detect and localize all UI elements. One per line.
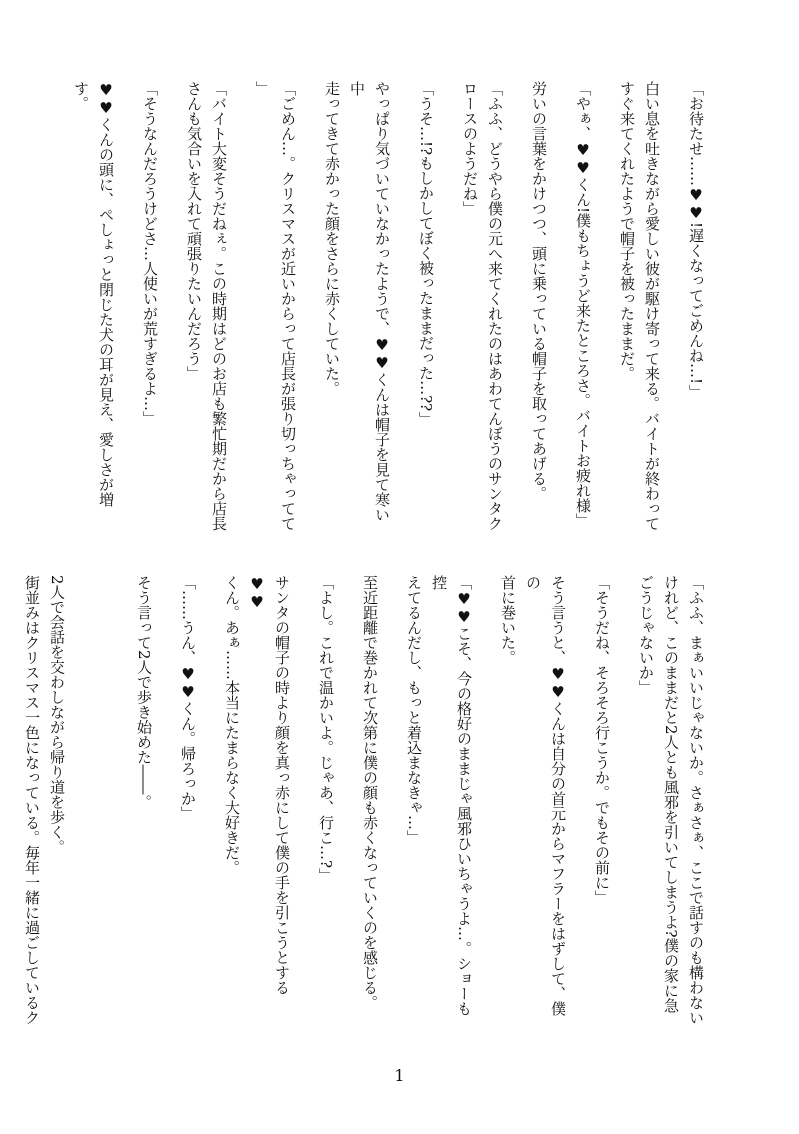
novel-page: 「お待たせ……♥♥!遅くなってごめんね…!」白い息を吐きながら愛しい彼が駆け寄っ… bbox=[0, 0, 799, 1134]
text-block-top: 「お待たせ……♥♥!遅くなってごめんね…!」白い息を吐きながら愛しい彼が駆け寄っ… bbox=[68, 81, 708, 533]
paragraph: そう言うと、♥♥くんは自分の首元からマフラーをはずして、僕の 首に巻いた。 bbox=[495, 575, 570, 1027]
paragraph: 「お待たせ……♥♥!遅くなってごめんね…!」 bbox=[683, 81, 708, 533]
paragraph: 「ふふ、どうやら僕の元へ来てくれたのはあわてんぼうのサンタク ロースのようだね」 bbox=[457, 81, 507, 533]
paragraph: 「バイト大変そうだねぇ。この時期はどのお店も繁忙期だから店長 さんも気合いを入れ… bbox=[181, 81, 231, 533]
paragraph: 「♥♥こそ、今の格好のままじゃ風邪ひいちゃうよ…。ショーも控 えてるんだし、もっ… bbox=[401, 575, 476, 1027]
page-number: 1 bbox=[0, 1066, 799, 1085]
paragraph: 白い息を吐きながら愛しい彼が駆け寄って来る。バイトが終わって すぐ来てくれたよう… bbox=[614, 81, 664, 533]
paragraph: 「……うん、♥♥くん。帰ろっか」 bbox=[175, 575, 200, 1027]
paragraph: やっぱり気づいていなかったようで、♥♥くんは帽子を見て寒い中 走ってきて赤かった… bbox=[319, 81, 394, 533]
paragraph: 「そうなんだろうけどさ…人使いが荒すぎるよ…」 bbox=[137, 81, 162, 533]
text-block-bottom: 「ふふ、まぁいいじゃないか。さぁさぁ、ここで話すのも構わない けれど、このままだ… bbox=[19, 575, 708, 1027]
paragraph: ♥♥くんの頭に、ぺしょっと閉じた犬の耳が見え、愛しさが増す。 bbox=[68, 81, 118, 533]
paragraph: 至近距離で巻かれて次第に僕の顔も赤くなっていくのを感じる。 bbox=[357, 575, 382, 1027]
paragraph: そう言って2人で歩き始めた――。 bbox=[131, 575, 156, 1027]
paragraph: 労いの言葉をかけつつ、頭に乗っている帽子を取ってあげる。 bbox=[526, 81, 551, 533]
paragraph: 「うそ…!?もしかしてぼく被ったままだった…??」 bbox=[413, 81, 438, 533]
paragraph: 「そうだね、そろそろ行こうか。でもその前に」 bbox=[589, 575, 614, 1027]
paragraph: 「よし。これで温かいよ。じゃあ、行こ…?」 bbox=[313, 575, 338, 1027]
paragraph: 「ふふ、まぁいいじゃないか。さぁさぁ、ここで話すのも構わない けれど、このままだ… bbox=[633, 575, 708, 1027]
paragraph: 2人で会話を交わしながら帰り道を歩く。 街並みはクリスマス一色になっている。毎年… bbox=[19, 575, 69, 1027]
paragraph: サンタの帽子の時より顔を真っ赤にして僕の手を引こうとする♥♥ くん。あぁ……本当… bbox=[219, 575, 294, 1027]
paragraph: 「ごめん…。クリスマスが近いからって店長が張り切っちゃってて 」 bbox=[250, 81, 300, 533]
paragraph: 「やぁ、♥♥くん!僕もちょうど来たところさ。バイトお疲れ様」 bbox=[570, 81, 595, 533]
